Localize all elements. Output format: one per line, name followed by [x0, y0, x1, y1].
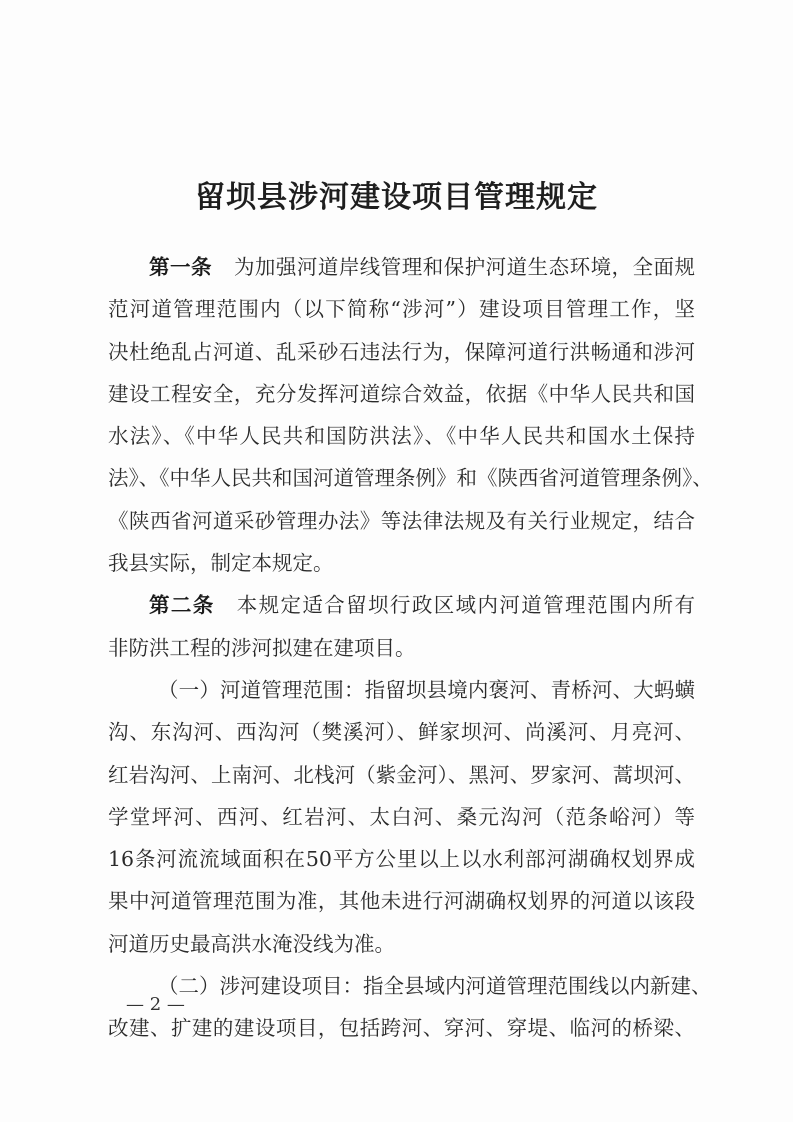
paragraph-line: 改建、扩建的建设项目，包括跨河、穿河、穿堤、临河的桥梁、 [108, 1007, 695, 1049]
line-text: 本规定适合留坝行政区域内河道管理范围内所有 [237, 593, 695, 617]
paragraph-line: 水法》、《中华人民共和国防洪法》、《中华人民共和国水土保持 [108, 415, 695, 457]
paragraph-line: 范河道管理范围内（以下简称“涉河”）建设项目管理工作，坚 [108, 288, 695, 330]
paragraph-line: 学堂坪河、西河、红岩河、太白河、桑元沟河（范条峪河）等 [108, 796, 695, 838]
paragraph-line: 决杜绝乱占河道、乱采砂石违法行为，保障河道行洪畅通和涉河 [108, 331, 695, 373]
paragraph-line: 法》、《中华人民共和国河道管理条例》和《陕西省河道管理条例》、 [108, 457, 695, 499]
paragraph-line: 果中河道管理范围为准，其他未进行河湖确权划界的河道以该段 [108, 880, 695, 922]
paragraph-line: 沟、东沟河、西沟河（樊溪河）、鲜家坝河、尚溪河、月亮河、 [108, 711, 695, 753]
paragraph-line: 红岩沟河、上南河、北栈河（紫金河）、黑河、罗家河、蒿坝河、 [108, 754, 695, 796]
document-body: 第一条为加强河道岸线管理和保护河道生态环境，全面规 范河道管理范围内（以下简称“… [108, 246, 695, 1050]
paragraph-line: 河道历史最高洪水淹没线为准。 [108, 923, 695, 965]
paragraph-line: 16条河流流域面积在50平方公里以上以水利部河湖确权划界成 [108, 838, 695, 880]
paragraph-line: 《陕西省河道采砂管理办法》等法律法规及有关行业规定，结合 [108, 500, 695, 542]
paragraph-line: 建设工程安全，充分发挥河道综合效益，依据《中华人民共和国 [108, 373, 695, 415]
paragraph-line: 非防洪工程的涉河拟建在建项目。 [108, 627, 695, 669]
article-label: 第二条 [149, 593, 215, 617]
paragraph-line: 第一条为加强河道岸线管理和保护河道生态环境，全面规 [108, 246, 695, 288]
paragraph-line: 第二条本规定适合留坝行政区域内河道管理范围内所有 [108, 584, 695, 626]
document-title: 留坝县涉河建设项目管理规定 [0, 172, 793, 216]
article-label: 第一条 [149, 255, 212, 279]
document-page: 留坝县涉河建设项目管理规定 第一条为加强河道岸线管理和保护河道生态环境，全面规 … [0, 0, 793, 1122]
line-text: 为加强河道岸线管理和保护河道生态环境，全面规 [234, 255, 695, 279]
paragraph-line: （一）河道管理范围：指留坝县境内褒河、青桥河、大蚂蟥 [108, 669, 695, 711]
paragraph-line: （二）涉河建设项目：指全县域内河道管理范围线以内新建、 [108, 965, 695, 1007]
page-number: — 2 — [126, 994, 185, 1015]
paragraph-line: 我县实际，制定本规定。 [108, 542, 695, 584]
